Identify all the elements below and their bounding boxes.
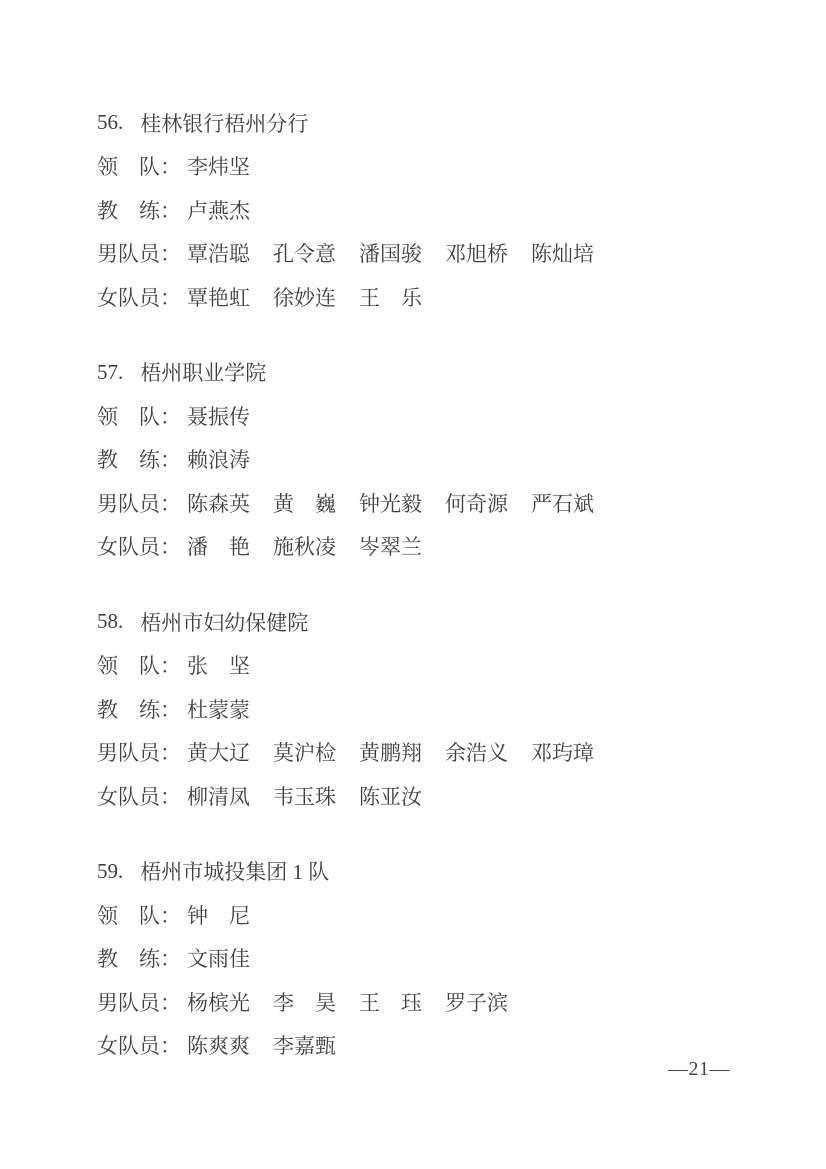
team-title: 梧州市妇幼保健院	[140, 607, 308, 637]
leader-name-list: 张 坚	[187, 650, 250, 680]
member-name: 钟 尼	[187, 900, 250, 930]
coach-name-list: 赖浪涛	[187, 444, 250, 474]
female-team-row: 女队员： 覃艳虹徐妙连王 乐	[97, 275, 757, 319]
member-name: 陈灿培	[531, 238, 594, 268]
leader-label: 领 队：	[97, 401, 187, 431]
page-number: —21—	[668, 1058, 730, 1081]
female-team-row: 女队员： 陈爽爽李嘉甄	[97, 1024, 757, 1068]
member-name: 韦玉珠	[273, 781, 336, 811]
male-team-row: 男队员： 杨槟光李 昊王 珏罗子滨	[97, 980, 757, 1024]
coach-row: 教 练： 卢燕杰	[97, 188, 757, 232]
team-title-line: 58. 梧州市妇幼保健院	[97, 600, 757, 644]
member-name: 孔令意	[273, 238, 336, 268]
coach-row: 教 练： 杜蒙蒙	[97, 687, 757, 731]
coach-row: 教 练： 文雨佳	[97, 937, 757, 981]
coach-name-list: 杜蒙蒙	[187, 694, 250, 724]
member-name: 严石斌	[531, 488, 594, 518]
member-name: 黄 巍	[273, 488, 336, 518]
member-name: 张 坚	[187, 650, 250, 680]
team-title-line: 57. 梧州职业学院	[97, 351, 757, 395]
team-number: 56.	[97, 110, 123, 135]
member-name: 柳清凤	[187, 781, 250, 811]
female-name-list: 覃艳虹徐妙连王 乐	[187, 282, 422, 312]
member-name: 莫沪检	[273, 737, 336, 767]
member-name: 杨槟光	[187, 987, 250, 1017]
team-section-56: 56. 桂林银行梧州分行 领 队： 李炜坚 教 练： 卢燕杰 男队员： 覃浩聪孔…	[97, 101, 757, 319]
male-team-label: 男队员：	[97, 737, 187, 767]
member-name: 文雨佳	[187, 943, 250, 973]
coach-label: 教 练：	[97, 694, 187, 724]
member-name: 钟光毅	[359, 488, 422, 518]
leader-name-list: 李炜坚	[187, 151, 250, 181]
male-name-list: 杨槟光李 昊王 珏罗子滨	[187, 987, 508, 1017]
member-name: 聂振传	[187, 401, 250, 431]
leader-row: 领 队： 钟 尼	[97, 893, 757, 937]
team-title-line: 56. 桂林银行梧州分行	[97, 101, 757, 145]
member-name: 陈爽爽	[187, 1030, 250, 1060]
team-title: 梧州市城投集团 1 队	[140, 856, 329, 886]
member-name: 罗子滨	[445, 987, 508, 1017]
team-title: 桂林银行梧州分行	[140, 108, 308, 138]
member-name: 邓旭桥	[445, 238, 508, 268]
leader-row: 领 队： 聂振传	[97, 394, 757, 438]
member-name: 李 昊	[273, 987, 336, 1017]
leader-name-list: 聂振传	[187, 401, 250, 431]
female-name-list: 陈爽爽李嘉甄	[187, 1030, 336, 1060]
male-team-label: 男队员：	[97, 238, 187, 268]
member-name: 何奇源	[445, 488, 508, 518]
male-team-row: 男队员： 陈森英黄 巍钟光毅何奇源严石斌	[97, 481, 757, 525]
member-name: 岑翠兰	[359, 531, 422, 561]
leader-name-list: 钟 尼	[187, 900, 250, 930]
member-name: 黄大辽	[187, 737, 250, 767]
leader-row: 领 队： 李炜坚	[97, 145, 757, 189]
team-number: 58.	[97, 609, 123, 634]
member-name: 王 珏	[359, 987, 422, 1017]
male-team-label: 男队员：	[97, 987, 187, 1017]
member-name: 王 乐	[359, 282, 422, 312]
male-name-list: 陈森英黄 巍钟光毅何奇源严石斌	[187, 488, 594, 518]
member-name: 李嘉甄	[273, 1030, 336, 1060]
member-name: 施秋凌	[273, 531, 336, 561]
male-team-label: 男队员：	[97, 488, 187, 518]
female-team-label: 女队员：	[97, 531, 187, 561]
leader-label: 领 队：	[97, 900, 187, 930]
member-name: 覃浩聪	[187, 238, 250, 268]
team-roster-page: 56. 桂林银行梧州分行 领 队： 李炜坚 教 练： 卢燕杰 男队员： 覃浩聪孔…	[97, 101, 757, 1099]
member-name: 潘 艳	[187, 531, 250, 561]
female-team-label: 女队员：	[97, 1030, 187, 1060]
member-name: 陈森英	[187, 488, 250, 518]
member-name: 卢燕杰	[187, 195, 250, 225]
team-title: 梧州职业学院	[140, 357, 266, 387]
leader-label: 领 队：	[97, 151, 187, 181]
member-name: 陈亚汝	[359, 781, 422, 811]
coach-label: 教 练：	[97, 195, 187, 225]
team-number: 59.	[97, 859, 123, 884]
female-name-list: 柳清凤韦玉珠陈亚汝	[187, 781, 422, 811]
team-title-line: 59. 梧州市城投集团 1 队	[97, 850, 757, 894]
male-name-list: 黄大辽莫沪检黄鹏翔余浩义邓玙璋	[187, 737, 594, 767]
member-name: 黄鹏翔	[359, 737, 422, 767]
female-name-list: 潘 艳施秋凌岑翠兰	[187, 531, 422, 561]
male-team-row: 男队员： 覃浩聪孔令意潘国骏邓旭桥陈灿培	[97, 232, 757, 276]
female-team-row: 女队员： 柳清凤韦玉珠陈亚汝	[97, 774, 757, 818]
member-name: 覃艳虹	[187, 282, 250, 312]
male-team-row: 男队员： 黄大辽莫沪检黄鹏翔余浩义邓玙璋	[97, 731, 757, 775]
member-name: 邓玙璋	[531, 737, 594, 767]
team-number: 57.	[97, 360, 123, 385]
team-section-57: 57. 梧州职业学院 领 队： 聂振传 教 练： 赖浪涛 男队员： 陈森英黄 巍…	[97, 351, 757, 569]
coach-label: 教 练：	[97, 943, 187, 973]
member-name: 徐妙连	[273, 282, 336, 312]
coach-label: 教 练：	[97, 444, 187, 474]
female-team-label: 女队员：	[97, 781, 187, 811]
coach-name-list: 卢燕杰	[187, 195, 250, 225]
male-name-list: 覃浩聪孔令意潘国骏邓旭桥陈灿培	[187, 238, 594, 268]
member-name: 赖浪涛	[187, 444, 250, 474]
member-name: 潘国骏	[359, 238, 422, 268]
leader-label: 领 队：	[97, 650, 187, 680]
team-section-58: 58. 梧州市妇幼保健院 领 队： 张 坚 教 练： 杜蒙蒙 男队员： 黄大辽莫…	[97, 600, 757, 818]
coach-name-list: 文雨佳	[187, 943, 250, 973]
member-name: 李炜坚	[187, 151, 250, 181]
female-team-label: 女队员：	[97, 282, 187, 312]
team-section-59: 59. 梧州市城投集团 1 队 领 队： 钟 尼 教 练： 文雨佳 男队员： 杨…	[97, 850, 757, 1068]
female-team-row: 女队员： 潘 艳施秋凌岑翠兰	[97, 525, 757, 569]
coach-row: 教 练： 赖浪涛	[97, 438, 757, 482]
member-name: 杜蒙蒙	[187, 694, 250, 724]
leader-row: 领 队： 张 坚	[97, 644, 757, 688]
member-name: 余浩义	[445, 737, 508, 767]
